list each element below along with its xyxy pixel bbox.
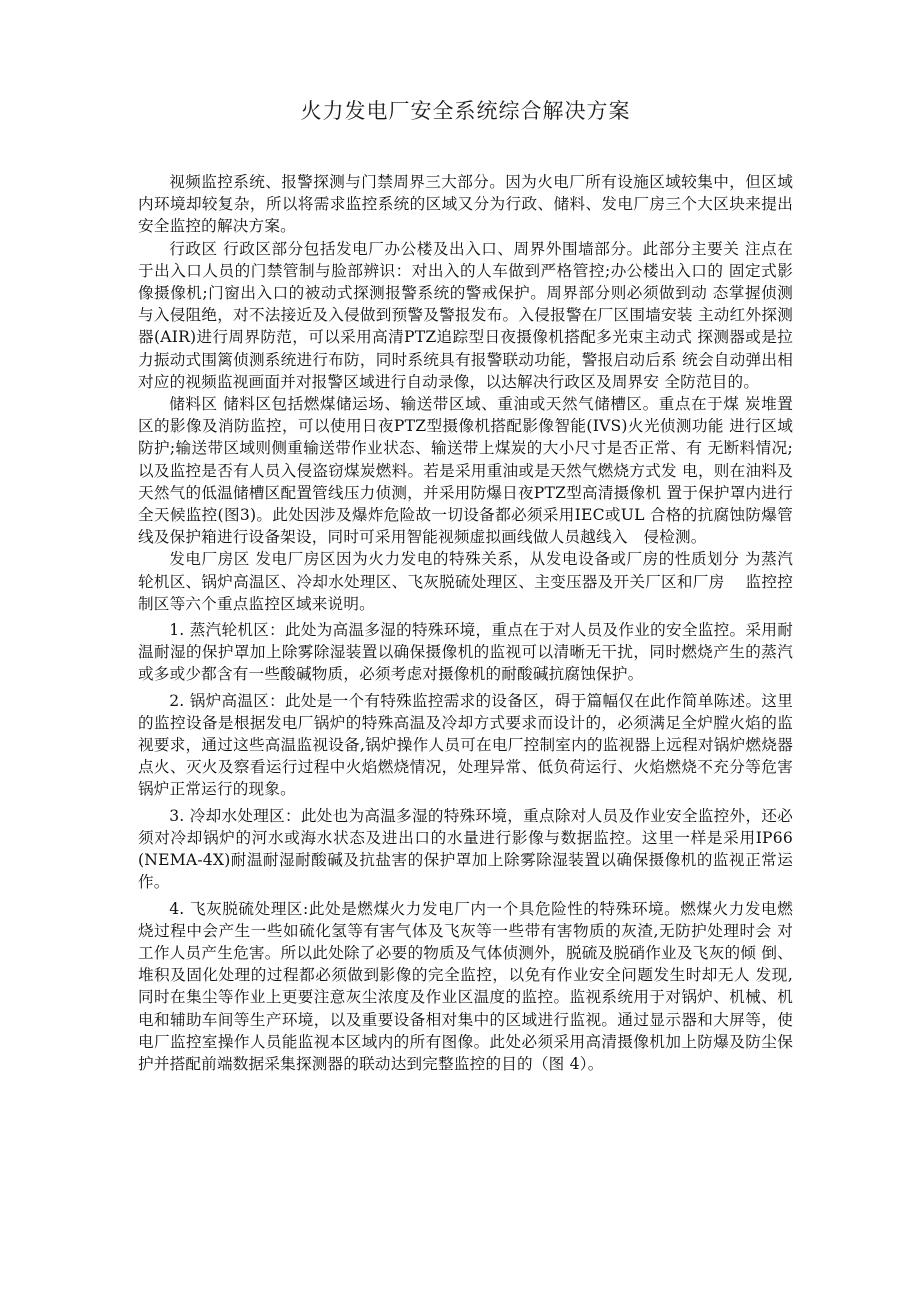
storage-zone-paragraph: 储料区 储料区包括燃煤储运场、输送带区域、重油或天然气储槽区。重点在于煤 炭堆置… — [138, 393, 793, 548]
intro-paragraph: 视频监控系统、报警探测与门禁周界三大部分。因为火电厂所有设施区域较集中，但区域内… — [138, 171, 793, 238]
list-item-cooling-water: 3. 冷却水处理区：此处也为高温多湿的特殊环境，重点除对人员及作业安全监控外，还… — [138, 805, 793, 894]
document-page: 火力发电厂安全系统综合解决方案 视频监控系统、报警探测与门禁周界三大部分。因为火… — [138, 96, 793, 1075]
admin-zone-paragraph: 行政区 行政区部分包括发电厂办公楼及出入口、周界外围墙部分。此部分主要关 注点在… — [138, 238, 793, 393]
document-title: 火力发电厂安全系统综合解决方案 — [138, 96, 793, 126]
list-item-steam-turbine: 1. 蒸汽轮机区：此处为高温多湿的特殊环境，重点在于对人员及作业的安全监控。采用… — [138, 619, 793, 686]
list-item-fly-ash: 4. 飞灰脱硫处理区:此处是燃煤火力发电厂内一个具危险性的特殊环境。燃煤火力发电… — [138, 898, 793, 1076]
list-item-boiler: 2. 锅炉高温区：此处是一个有特殊监控需求的设备区，碍于篇幅仅在此作简单陈述。这… — [138, 690, 793, 801]
powerhouse-zone-paragraph: 发电厂房区 发电厂房区因为火力发电的特殊关系，从发电设备或厂房的性质划分 为蒸汽… — [138, 548, 793, 615]
